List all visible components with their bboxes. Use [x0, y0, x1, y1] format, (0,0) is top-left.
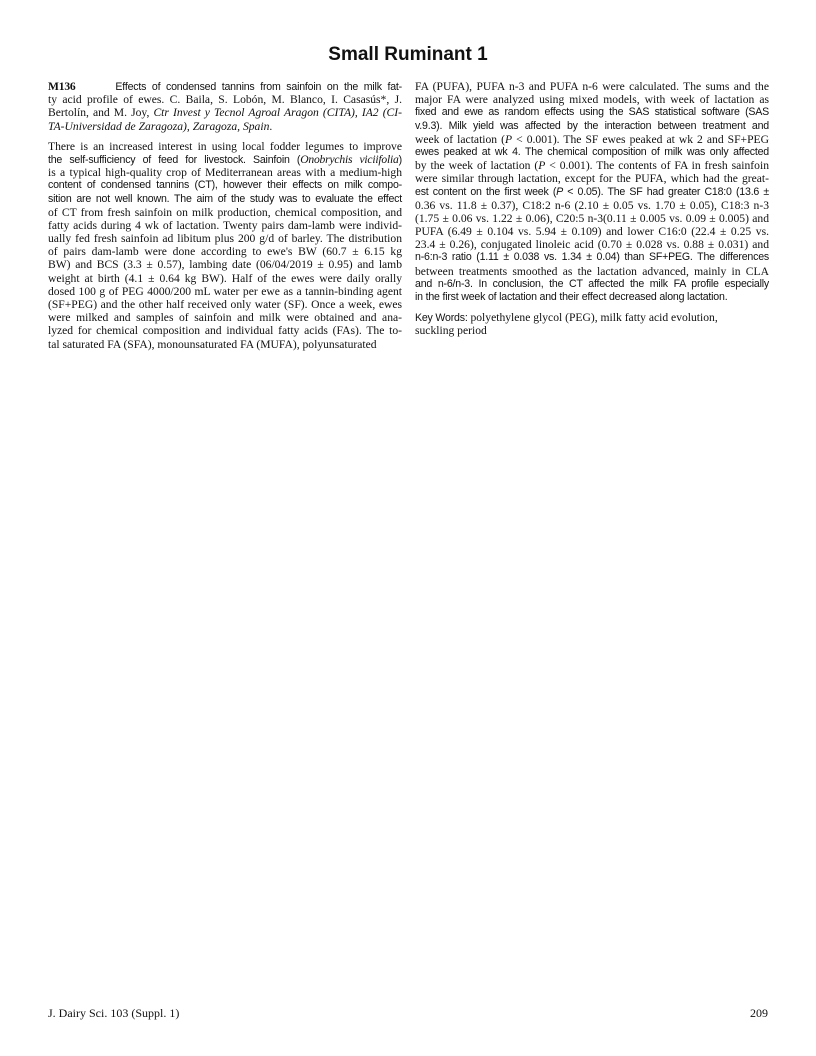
body-line: of pairs dam-lamb were done according to… [48, 245, 402, 258]
body-line: of CT from fresh sainfoin on milk produc… [48, 206, 402, 219]
body-line: FA (PUFA), PUFA n-3 and PUFA n-6 were ca… [415, 80, 769, 93]
body-line: BW) and BCS (3.3 ± 0.57), lambing date (… [48, 258, 402, 271]
body-line: n-6:n-3 ratio (1.11 ± 0.038 vs. 1.34 ± 0… [415, 251, 769, 264]
body-line: 0.36 vs. 11.8 ± 0.37), C18:2 n-6 (2.10 ±… [415, 199, 769, 212]
left-column: M136 Effects of condensed tannins from s… [48, 80, 402, 351]
body-line: v.9.3). Milk yield was affected by the i… [415, 120, 769, 133]
body-line: were similar through lactation, except f… [415, 172, 769, 185]
body-line: ually fed fresh sainfoin ad libitum plus… [48, 232, 402, 245]
body-line: (SF+PEG) and the other half received onl… [48, 298, 402, 311]
section-title: Small Ruminant 1 [0, 44, 816, 66]
abstract-title-line-2: ty acid profile of ewes. C. Baila, S. Lo… [48, 93, 402, 106]
body-line: ewes peaked at wk 4. The chemical compos… [415, 146, 769, 159]
body-line: between treatments smoothed as the lacta… [415, 265, 769, 278]
body-line: lyzed for chemical composition and indiv… [48, 324, 402, 337]
journal-citation: J. Dairy Sci. 103 (Suppl. 1) [48, 1006, 179, 1021]
affiliation-line-1: Bertolín, and M. Joy, Ctr Invest y Tecno… [48, 106, 402, 119]
body-line: is a typical high-quality crop of Medite… [48, 166, 402, 179]
affiliation-line-2: TA-Universidad de Zaragoza), Zaragoza, S… [48, 120, 402, 133]
body-line: and n-6/n-3. In conclusion, the CT affec… [415, 278, 769, 291]
abstract-title-line-1: M136 Effects of condensed tannins from s… [48, 80, 402, 93]
body-line: weight at birth (4.1 ± 0.64 kg BW). Half… [48, 272, 402, 285]
abstract-body-left: There is an increased interest in using … [48, 140, 402, 351]
body-line: content of condensed tannins (CT), howev… [48, 179, 402, 192]
body-line: the self-sufficiency of feed for livesto… [48, 153, 402, 166]
abstract-body-right: FA (PUFA), PUFA n-3 and PUFA n-6 were ca… [415, 80, 769, 304]
body-line: tal saturated FA (SFA), monounsaturated … [48, 338, 402, 351]
body-line: dosed 100 g of PEG 4000/200 mL water per… [48, 285, 402, 298]
body-line: sition are not well known. The aim of th… [48, 193, 402, 206]
keywords-label: Key Words: [415, 312, 468, 324]
body-line: by the week of lactation (P < 0.001). Th… [415, 159, 769, 172]
body-line: fatty acids during 4 wk of lactation. Tw… [48, 219, 402, 232]
keywords-line-2: suckling period [415, 324, 769, 337]
abstract-id: M136 [48, 80, 76, 93]
page-number: 209 [750, 1006, 768, 1021]
body-line: PUFA (6.49 ± 0.104 vs. 5.94 ± 0.109) and… [415, 225, 769, 238]
body-line: (1.75 ± 0.06 vs. 1.22 ± 0.06), C20:5 n-3… [415, 212, 769, 225]
body-line: were milked and samples of sainfoin and … [48, 311, 402, 324]
body-line: est content on the first week (P < 0.05)… [415, 186, 769, 199]
body-line: fixed and ewe as random effects using th… [415, 106, 769, 119]
body-line: in the first week of lactation and their… [415, 291, 769, 304]
right-column: FA (PUFA), PUFA n-3 and PUFA n-6 were ca… [415, 80, 769, 338]
body-line: There is an increased interest in using … [48, 140, 402, 153]
body-line: major FA were analyzed using mixed model… [415, 93, 769, 106]
body-line: week of lactation (P < 0.001). The SF ew… [415, 133, 769, 146]
body-line: 23.4 ± 0.26), conjugated linoleic acid (… [415, 238, 769, 251]
keywords-line-1: Key Words: polyethylene glycol (PEG), mi… [415, 311, 769, 324]
